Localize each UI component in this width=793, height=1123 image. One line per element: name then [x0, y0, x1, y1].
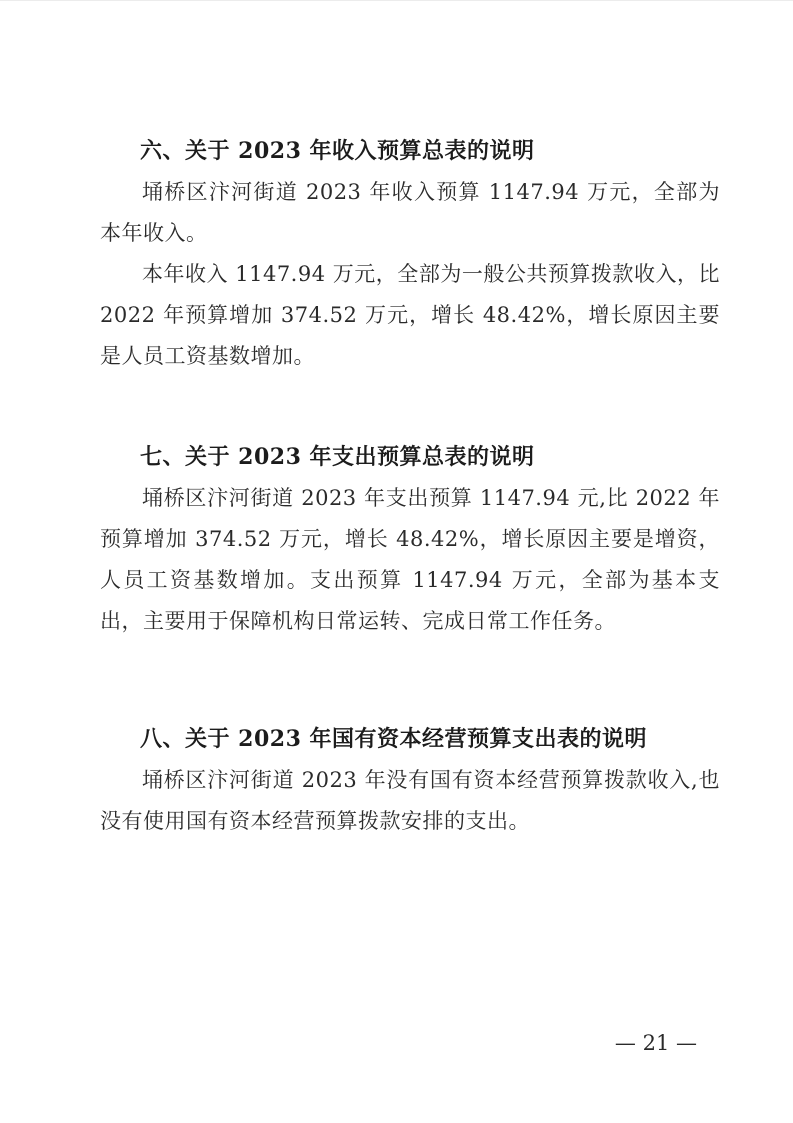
document-content: 六、关于 2023 年收入预算总表的说明 埇桥区汴河街道 2023 年收入预算 … — [100, 131, 720, 842]
paragraph: 埇桥区汴河街道 2023 年没有国有资本经营预算拨款收入,也没有使用国有资本经营… — [100, 760, 720, 842]
section-heading-state-capital-budget: 八、关于 2023 年国有资本经营预算支出表的说明 — [100, 719, 720, 760]
section-heading-income-budget: 六、关于 2023 年收入预算总表的说明 — [100, 131, 720, 172]
paragraph: 本年收入 1147.94 万元，全部为一般公共预算拨款收入，比 2022 年预算… — [100, 254, 720, 377]
page-number: — 21 — — [615, 1023, 697, 1064]
paragraph: 埇桥区汴河街道 2023 年收入预算 1147.94 万元，全部为本年收入。 — [100, 172, 720, 254]
document-page: 六、关于 2023 年收入预算总表的说明 埇桥区汴河街道 2023 年收入预算 … — [0, 0, 793, 1123]
paragraph: 埇桥区汴河街道 2023 年支出预算 1147.94 元,比 2022 年预算增… — [100, 478, 720, 642]
section-heading-expenditure-budget: 七、关于 2023 年支出预算总表的说明 — [100, 437, 720, 478]
